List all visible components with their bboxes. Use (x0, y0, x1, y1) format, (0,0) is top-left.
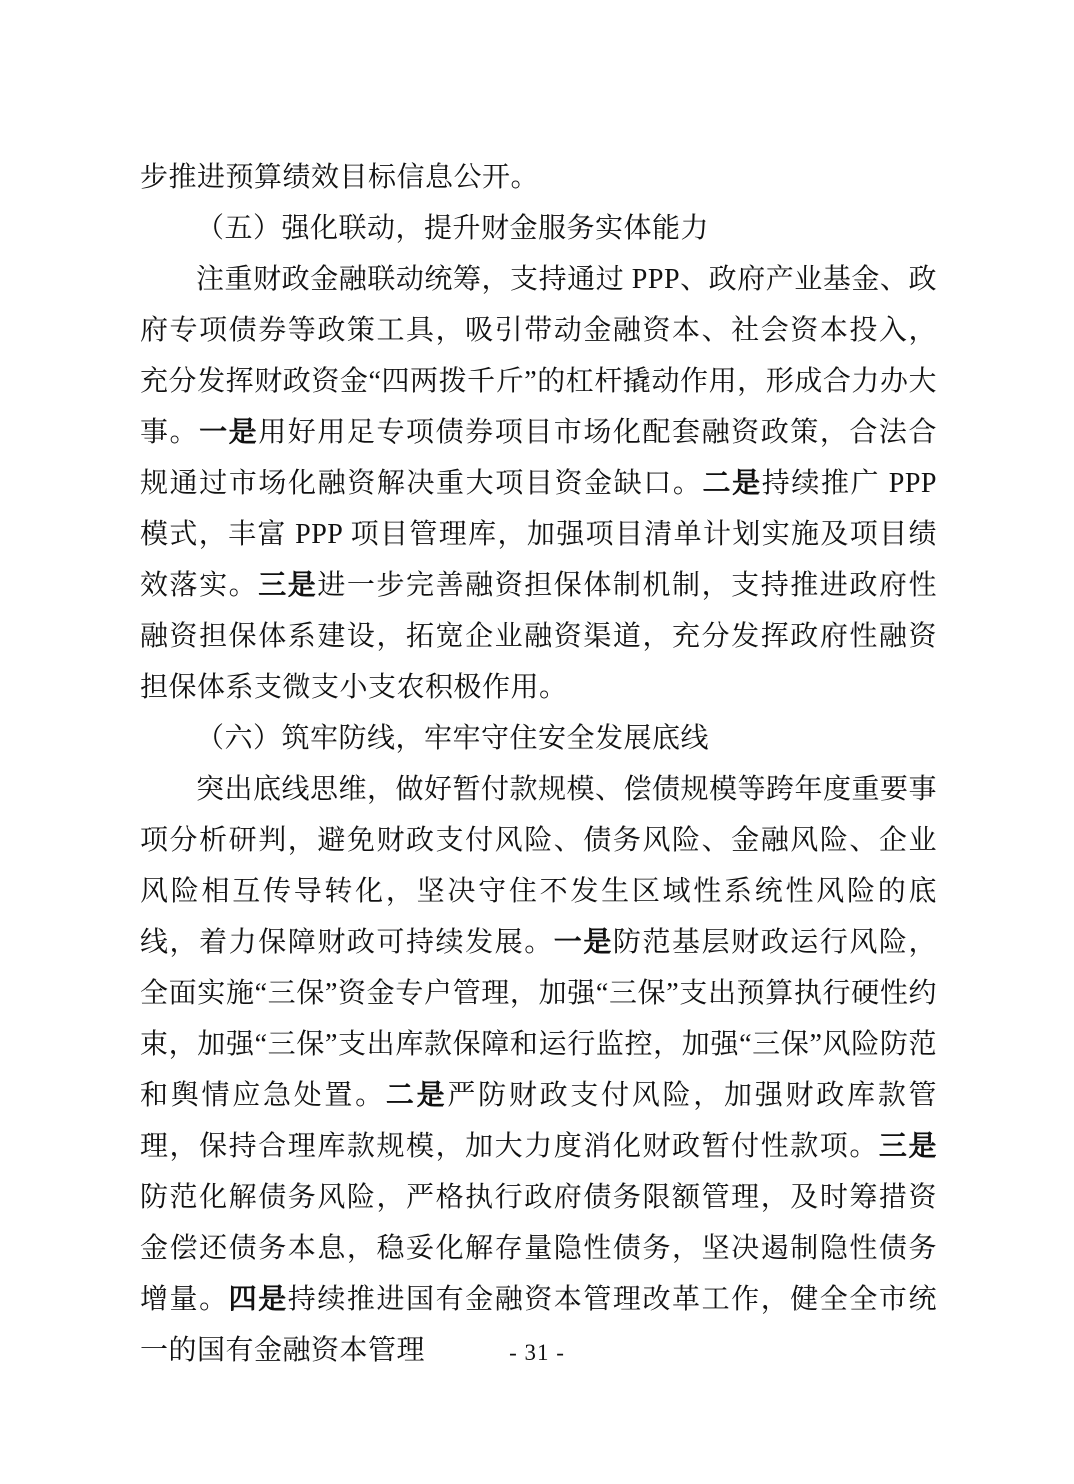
page-number: - 31 - (0, 1340, 1074, 1366)
text-run-bold-marker: 二是 (703, 468, 762, 499)
document-page: 步推进预算绩效目标信息公开。 （五）强化联动，提升财金服务实体能力 注重财政金融… (0, 0, 1074, 1484)
text-run-bold-marker: 三是 (258, 570, 317, 601)
page-content: 步推进预算绩效目标信息公开。 （五）强化联动，提升财金服务实体能力 注重财政金融… (140, 152, 937, 1376)
paragraph-continuation: 步推进预算绩效目标信息公开。 (140, 152, 937, 203)
text-run-bold-marker: 四是 (229, 1284, 288, 1315)
text-run-bold-marker: 一是 (554, 927, 613, 958)
text-run-bold-marker: 二是 (386, 1080, 447, 1111)
section-heading-5: （五）强化联动，提升财金服务实体能力 (140, 203, 937, 254)
text-run-bold-marker: 一是 (199, 417, 258, 448)
paragraph-section-6: 突出底线思维，做好暂付款规模、偿债规模等跨年度重要事项分析研判，避免财政支付风险… (140, 764, 937, 1376)
section-heading-6: （六）筑牢防线，牢牢守住安全发展底线 (140, 713, 937, 764)
paragraph-section-5: 注重财政金融联动统筹，支持通过 PPP、政府产业基金、政府专项债券等政策工具，吸… (140, 254, 937, 713)
text-run-bold-marker: 三是 (879, 1131, 937, 1162)
